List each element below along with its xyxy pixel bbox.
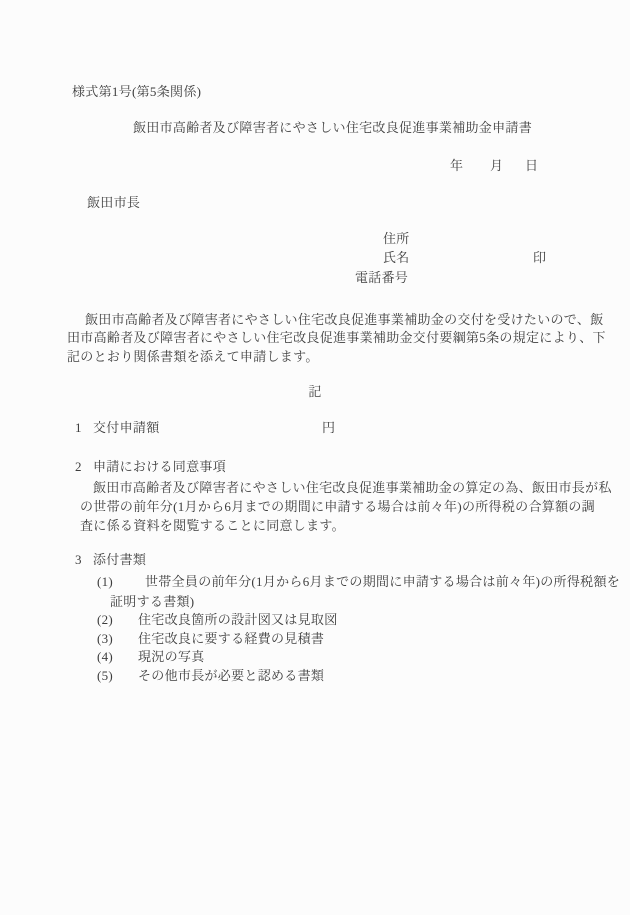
page-title: 飯田市高齢者及び障害者にやさしい住宅改良促進事業補助金申請書 xyxy=(133,118,532,138)
form-number: 様式第1号(第5条関係) xyxy=(72,82,201,102)
date-year-label: 年 xyxy=(450,156,463,176)
section1-amount-label: 交付申請額 xyxy=(93,418,160,438)
attachment-item-text: その他市長が必要と認める書類 xyxy=(138,666,324,686)
section2-consent-line: 飯田市高齢者及び障害者にやさしい住宅改良促進事業補助金の算定の為、飯田市長が私 xyxy=(93,478,612,498)
attachment-item-text: 住宅改良に要する経費の見積書 xyxy=(138,629,324,649)
section2-consent-line: 査に係る資料を閲覧することに同意します。 xyxy=(80,516,345,536)
name-field-label: 氏名 xyxy=(383,248,410,268)
attachment-item-text: 住宅改良箇所の設計図又は見取図 xyxy=(138,610,338,630)
application-form-page: 様式第1号(第5条関係) 飯田市高齢者及び障害者にやさしい住宅改良促進事業補助金… xyxy=(0,0,630,915)
addressee-mayor: 飯田市長 xyxy=(87,193,140,213)
attachment-item-text: 現況の写真 xyxy=(138,647,205,667)
attachment-item-number: (2) xyxy=(97,610,113,630)
attachment-item-number: (1) xyxy=(97,572,113,592)
phone-field-label: 電話番号 xyxy=(355,268,408,288)
attachment-item-number: (3) xyxy=(97,629,113,649)
section3-heading: 添付書類 xyxy=(93,550,146,570)
section2-number: 2 xyxy=(75,457,82,477)
section2-heading: 申請における同意事項 xyxy=(93,457,226,477)
intro-paragraph-line: 記のとおり関係書類を添えて申請します。 xyxy=(67,347,319,367)
intro-paragraph-line: 飯田市高齢者及び障害者にやさしい住宅改良促進事業補助金の交付を受けたいので、飯 xyxy=(85,310,603,330)
section1-number: 1 xyxy=(75,418,82,438)
section2-consent-line: の世帯の前年分(1月から6月までの期間に申請する場合は前々年)の所得税の合算額の… xyxy=(80,497,595,517)
section3-number: 3 xyxy=(75,550,82,570)
record-marker: 記 xyxy=(0,382,630,402)
attachment-item-continuation: 証明する書類) xyxy=(110,592,194,612)
date-month-label: 月 xyxy=(490,156,503,176)
intro-paragraph-line: 田市高齢者及び障害者にやさしい住宅改良促進事業補助金交付要綱第5条の規定により、… xyxy=(67,328,606,348)
address-field-label: 住所 xyxy=(383,229,410,249)
attachment-item-text: 世帯全員の前年分(1月から6月までの期間に申請する場合は前々年)の所得税額を xyxy=(145,572,620,592)
section1-yen-unit: 円 xyxy=(322,418,335,438)
attachment-item-number: (5) xyxy=(97,666,113,686)
seal-label: 印 xyxy=(533,248,546,268)
date-day-label: 日 xyxy=(525,156,538,176)
attachment-item-number: (4) xyxy=(97,647,113,667)
